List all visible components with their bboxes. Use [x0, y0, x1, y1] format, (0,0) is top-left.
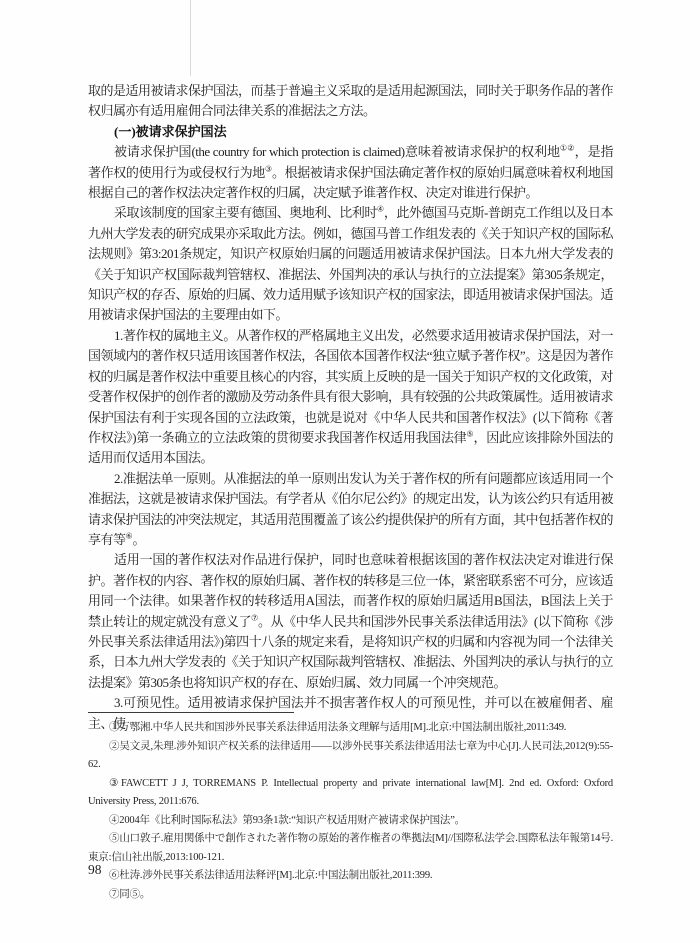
- footnote-5: ⑤山口敦子.雇用関係中で創作された著作物の原始的著作権者の準拠法[M]//国際私…: [88, 830, 613, 867]
- footnote-2: ②吴文灵,朱理.涉外知识产权关系的法律适用——以涉外民事关系法律适用法七章为中心…: [88, 738, 613, 775]
- document-page: 取的是适用被请求保护国法，而基于普遍主义采取的是适用起源国法，同时关于职务作品的…: [0, 0, 700, 943]
- footnote-4: ④2004年《比利时国际私法》第93条1款:“知识产权适用财产被请求保护国法”。: [88, 812, 613, 831]
- body-paragraph-item-1: 1.著作权的属地主义。从著作权的严格属地主义出发，必然要求适用被请求保护国法，对…: [88, 326, 613, 469]
- footnote-6: ⑥杜涛.涉外民事关系法律适用法释评[M].北京:中国法制出版社,2011:399…: [88, 867, 613, 886]
- body-paragraph-item-2: 2.准据法单一原则。从准据法的单一原则出发认为关于著作权的所有问题都应该适用同一…: [88, 469, 613, 551]
- footnotes-block: ①万鄂湘.中华人民共和国涉外民事关系法律适用法条文理解与适用[M].北京:中国法…: [88, 712, 613, 904]
- scan-artifact-line: [190, 0, 191, 76]
- page-number: 98: [88, 862, 102, 878]
- body-paragraph-1: 被请求保护国(the country for which protection …: [88, 142, 613, 203]
- body-paragraph-2: 采取该制度的国家主要有德国、奥地利、比利时④，此外德国马克斯-普朗克工作组以及日…: [88, 203, 613, 325]
- section-heading: (一)被请求保护国法: [88, 122, 613, 142]
- footnote-7: ⑦同⑤。: [88, 886, 613, 905]
- body-text-block: 取的是适用被请求保护国法，而基于普遍主义采取的是适用起源国法，同时关于职务作品的…: [88, 81, 613, 734]
- body-paragraph-continuation: 取的是适用被请求保护国法，而基于普遍主义采取的是适用起源国法，同时关于职务作品的…: [88, 81, 613, 122]
- footnote-1: ①万鄂湘.中华人民共和国涉外民事关系法律适用法条文理解与适用[M].北京:中国法…: [88, 719, 613, 738]
- footnote-separator-rule: [88, 712, 294, 713]
- footnote-3: ③FAWCETT J J, TORREMANS P. Intellectual …: [88, 775, 613, 812]
- body-paragraph-3: 适用一国的著作权法对作品进行保护，同时也意味着根据该国的著作权法决定对谁进行保护…: [88, 550, 613, 693]
